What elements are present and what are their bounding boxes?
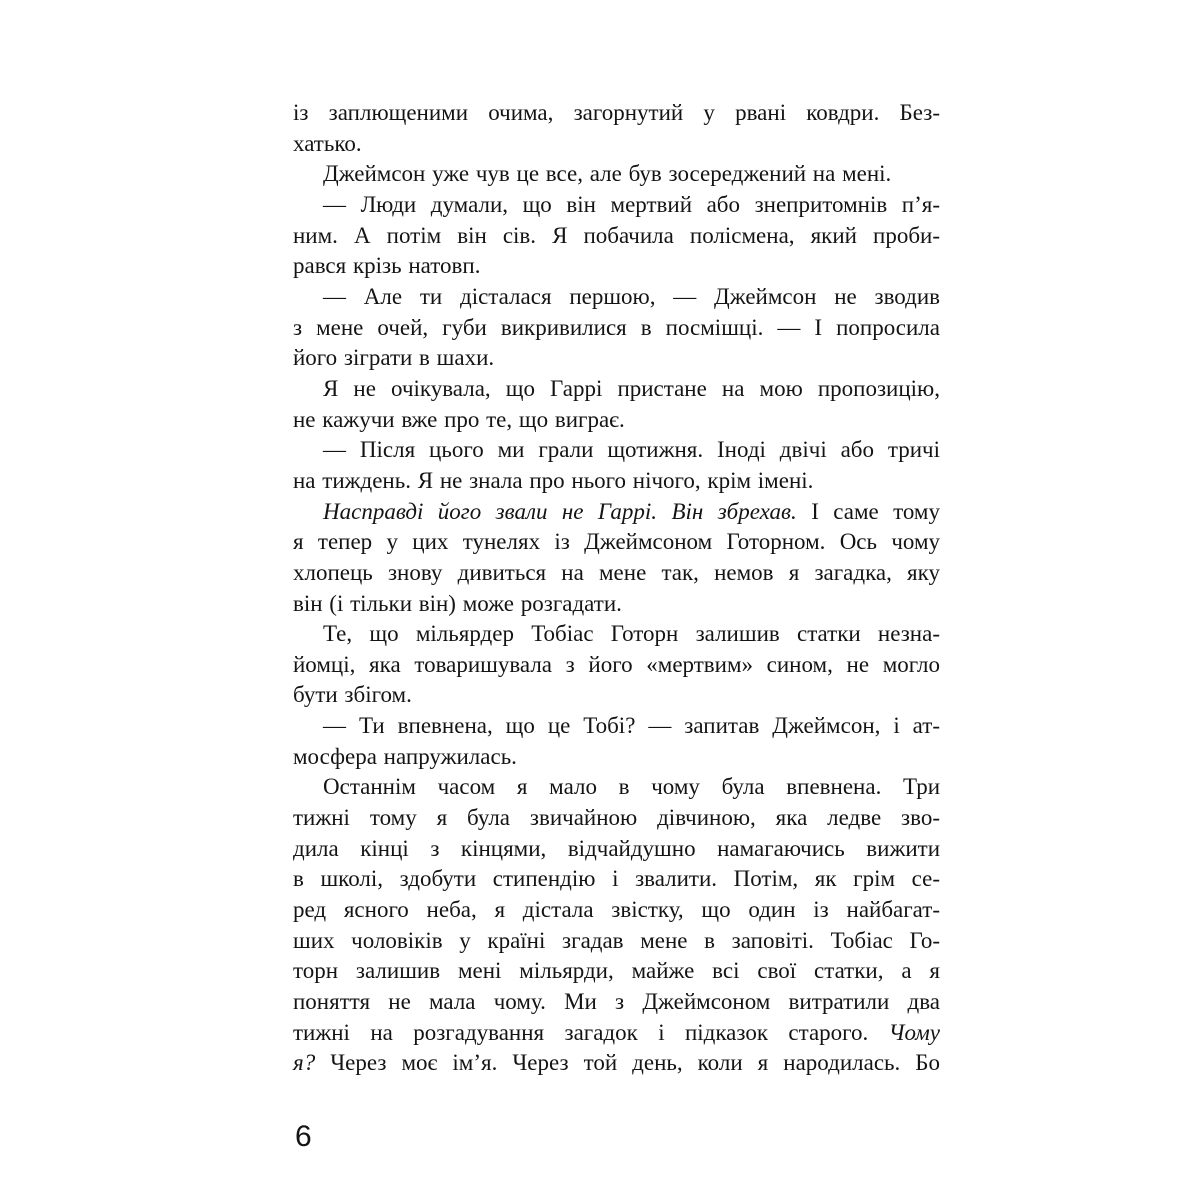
text-segment: йомці, яка товаришувала з його «мертвим»… (293, 652, 940, 677)
text-line: ших чоловіків у країні згадав мене в зап… (293, 926, 940, 957)
text-line: — Люди думали, що він мертвий або знепри… (293, 190, 940, 221)
text-line: ред ясного неба, я дістала звістку, що о… (293, 895, 940, 926)
text-segment: — Після цього ми грали щотижня. Іноді дв… (323, 437, 940, 462)
text-segment: І саме тому (797, 499, 940, 524)
text-line: ним. А потім він сів. Я побачила полісме… (293, 221, 940, 252)
text-line: його зіграти в шахи. (293, 343, 940, 374)
text-line: Те, що мільярдер Тобіас Готорн залишив с… (293, 619, 940, 650)
text-line: він (і тільки він) може розгадати. (293, 589, 940, 620)
text-line: торн залишив мені мільярди, майже всі св… (293, 956, 940, 987)
text-line: на тиждень. Я не знала про нього нічого,… (293, 466, 940, 497)
text-segment: ших чоловіків у країні згадав мене в зап… (293, 928, 940, 953)
text-line: бути збігом. (293, 680, 940, 711)
text-segment: із заплющеними очима, загорнутий у рвані… (293, 100, 940, 125)
text-segment-italic: я? (293, 1050, 315, 1075)
text-line: я тепер у цих тунелях із Джеймсоном Гото… (293, 527, 940, 558)
text-segment: — Але ти дісталася першою, — Джеймсон не… (323, 284, 940, 309)
text-segment: поняття не мала чому. Ми з Джеймсоном ви… (293, 989, 940, 1014)
text-segment: ним. А потім він сів. Я побачила полісме… (293, 223, 940, 248)
text-segment: — Люди думали, що він мертвий або знепри… (323, 192, 940, 217)
text-segment: в школі, здобути стипендію і звалити. По… (293, 866, 940, 891)
text-segment: Я не очікувала, що Гаррі пристане на мою… (323, 376, 940, 401)
text-line: — Ти впевнена, що це Тобі? — запитав Дже… (293, 711, 940, 742)
text-line: тижні тому я була звичайною дівчиною, як… (293, 803, 940, 834)
text-line: не кажучи вже про те, що виграє. (293, 405, 940, 436)
text-segment: дила кінці з кінцями, відчайдушно намага… (293, 836, 940, 861)
text-line: з мене очей, губи викривилися в посмішці… (293, 313, 940, 344)
text-segment: Останнім часом я мало в чому була впевне… (323, 774, 940, 799)
text-segment: хатько. (293, 131, 362, 156)
text-line: поняття не мала чому. Ми з Джеймсоном ви… (293, 987, 940, 1018)
text-segment: торн залишив мені мільярди, майже всі св… (293, 958, 940, 983)
text-segment: Через моє ім’я. Через той день, коли я н… (315, 1050, 940, 1075)
text-line: хлопець знову дивиться на мене так, немо… (293, 558, 940, 589)
text-line: дила кінці з кінцями, відчайдушно намага… (293, 834, 940, 865)
text-segment: мосфера напружилась. (293, 744, 517, 769)
text-segment: хлопець знову дивиться на мене так, немо… (293, 560, 940, 585)
text-segment: я тепер у цих тунелях із Джеймсоном Гото… (293, 529, 940, 554)
text-line: — Але ти дісталася першою, — Джеймсон не… (293, 282, 940, 313)
text-line: тижні на розгадування загадок і підказок… (293, 1018, 940, 1049)
text-segment: рався крізь натовп. (293, 253, 480, 278)
text-block: із заплющеними очима, загорнутий у рвані… (293, 98, 940, 1079)
text-line: хатько. (293, 129, 940, 160)
text-line: я? Через моє ім’я. Через той день, коли … (293, 1048, 940, 1079)
text-line: — Після цього ми грали щотижня. Іноді дв… (293, 435, 940, 466)
text-line: із заплющеними очима, загорнутий у рвані… (293, 98, 940, 129)
text-segment: бути збігом. (293, 682, 412, 707)
text-line: Насправді його звали не Гаррі. Він збрех… (293, 497, 940, 528)
text-segment: не кажучи вже про те, що виграє. (293, 407, 625, 432)
text-segment: він (і тільки він) може розгадати. (293, 591, 622, 616)
text-segment: тижні тому я була звичайною дівчиною, як… (293, 805, 940, 830)
text-line: в школі, здобути стипендію і звалити. По… (293, 864, 940, 895)
text-segment: з мене очей, губи викривилися в посмішці… (293, 315, 940, 340)
text-line: рався крізь натовп. (293, 251, 940, 282)
text-segment: тижні на розгадування загадок і підказок… (293, 1020, 889, 1045)
text-line: мосфера напружилась. (293, 742, 940, 773)
text-line: Джеймсон уже чув це все, але був зосеред… (293, 159, 940, 190)
text-line: Останнім часом я мало в чому була впевне… (293, 772, 940, 803)
book-page: із заплющеними очима, загорнутий у рвані… (0, 0, 1200, 1200)
text-segment: Те, що мільярдер Тобіас Готорн залишив с… (323, 621, 940, 646)
text-segment-italic: Насправді його звали не Гаррі. Він збрех… (323, 499, 797, 524)
text-segment-italic: Чому (889, 1020, 940, 1045)
text-segment: Джеймсон уже чув це все, але був зосеред… (323, 161, 891, 186)
text-segment: на тиждень. Я не знала про нього нічого,… (293, 468, 813, 493)
text-segment: ред ясного неба, я дістала звістку, що о… (293, 897, 940, 922)
text-segment: його зіграти в шахи. (293, 345, 494, 370)
text-line: йомці, яка товаришувала з його «мертвим»… (293, 650, 940, 681)
page-number: 6 (295, 1120, 335, 1154)
text-segment: — Ти впевнена, що це Тобі? — запитав Дже… (323, 713, 940, 738)
text-line: Я не очікувала, що Гаррі пристане на мою… (293, 374, 940, 405)
